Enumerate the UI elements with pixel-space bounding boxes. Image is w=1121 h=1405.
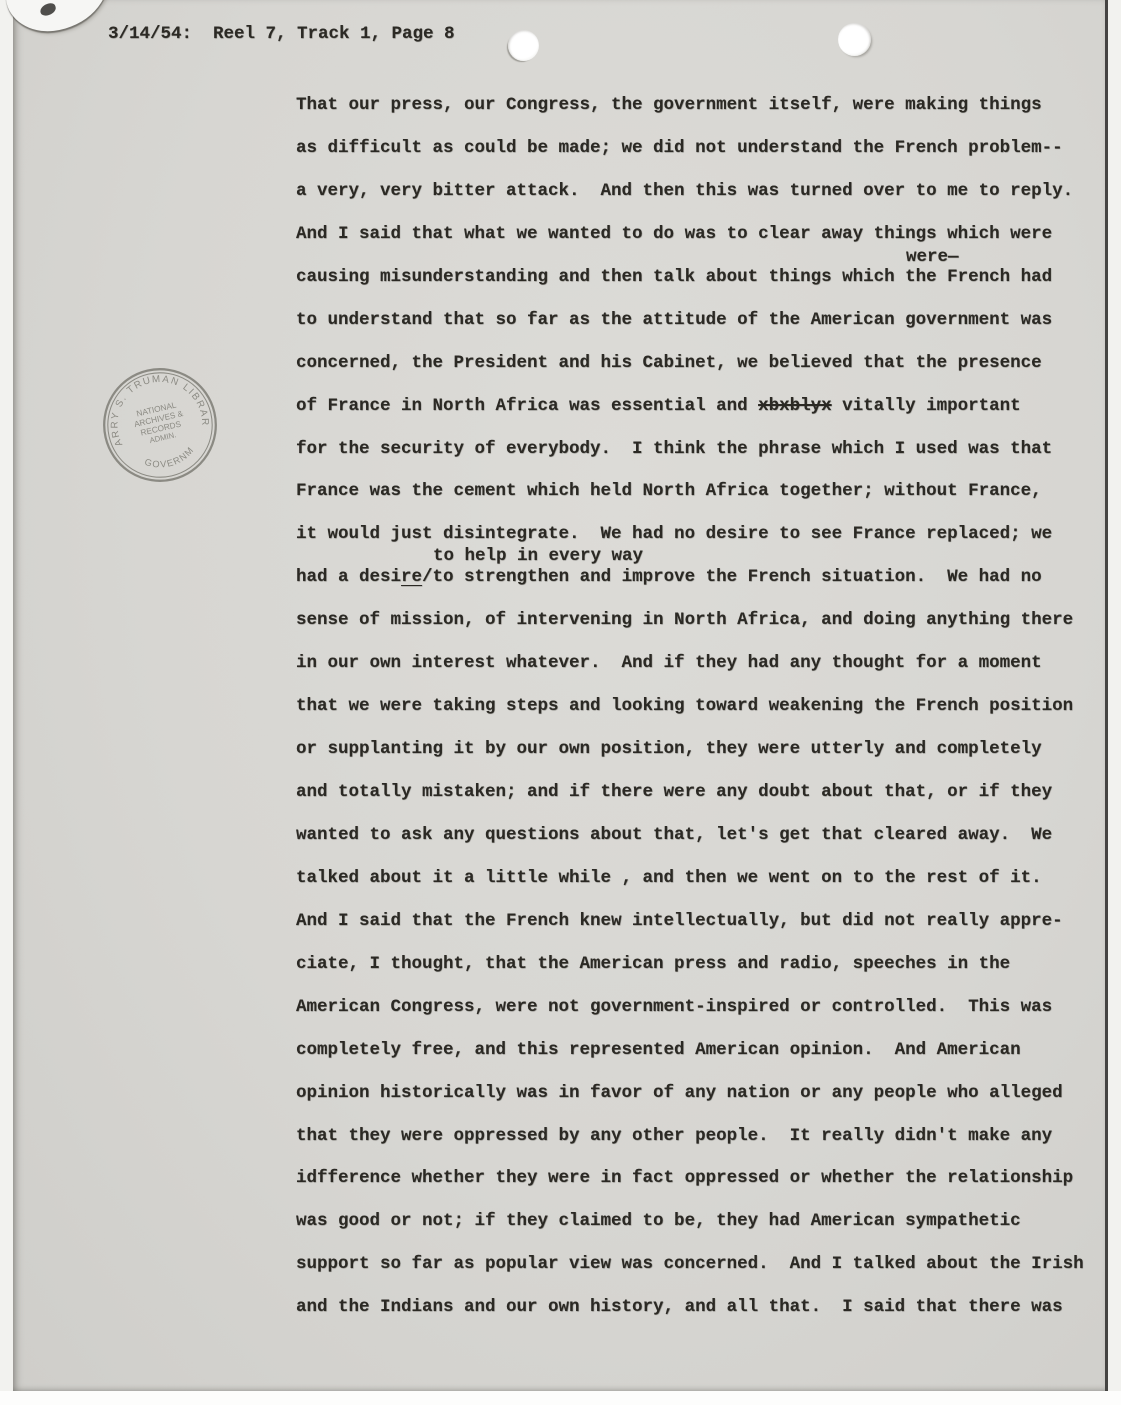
- typed-line: concerned, the President and his Cabinet…: [296, 353, 1106, 396]
- typed-line: wanted to ask any questions about that, …: [296, 825, 1106, 868]
- typed-line: that they were oppressed by any other pe…: [296, 1126, 1106, 1169]
- typed-line: in our own interest whatever. And if the…: [296, 653, 1106, 696]
- typed-line: and totally mistaken; and if there were …: [296, 782, 1106, 825]
- typed-line: talked about it a little while , and the…: [296, 868, 1106, 911]
- typed-line: a very, very bitter attack. And then thi…: [296, 181, 1106, 224]
- typed-line: or supplanting it by our own position, t…: [296, 739, 1106, 782]
- torn-corner-artifact: [4, 0, 114, 36]
- typed-line: causing misunderstanding and then talk a…: [296, 267, 1106, 310]
- punch-hole-right: [838, 23, 871, 56]
- typed-line: opinion historically was in favor of any…: [296, 1083, 1106, 1126]
- typed-line: sense of mission, of intervening in Nort…: [296, 610, 1106, 653]
- typed-line: of France in North Africa was essential …: [296, 396, 1106, 439]
- page-header: 3/14/54: Reel 7, Track 1, Page 8: [108, 24, 455, 44]
- typed-line: ciate, I thought, that the American pres…: [296, 954, 1106, 997]
- document-page: 3/14/54: Reel 7, Track 1, Page 8 HARRY S…: [13, 0, 1108, 1391]
- typed-line: And I said that the French knew intellec…: [296, 911, 1106, 954]
- truman-library-stamp: HARRY S. TRUMAN LIBRARY U.S. GOVERNMENT …: [98, 363, 222, 487]
- typed-lines: That our press, our Congress, the govern…: [296, 95, 1106, 1340]
- interline-insert-were: were—: [906, 247, 959, 267]
- interline-insert-help: to help in every way: [433, 546, 643, 566]
- typed-line: for the security of everybody. I think t…: [296, 439, 1106, 482]
- typed-line: completely free, and this represented Am…: [296, 1040, 1106, 1083]
- typed-line: to understand that so far as the attitud…: [296, 310, 1106, 353]
- typed-line: And I said that what we wanted to do was…: [296, 224, 1106, 267]
- typed-line: That our press, our Congress, the govern…: [296, 95, 1106, 138]
- typed-line: had a desire/to strengthen and improve t…: [296, 567, 1106, 610]
- typed-line: that we were taking steps and looking to…: [296, 696, 1106, 739]
- typed-line: American Congress, were not government-i…: [296, 997, 1106, 1040]
- typed-line: as difficult as could be made; we did no…: [296, 138, 1106, 181]
- typed-line: support so far as popular view was conce…: [296, 1254, 1106, 1297]
- typed-line: was good or not; if they claimed to be, …: [296, 1211, 1106, 1254]
- scanner-background: [0, 1391, 1121, 1405]
- typed-line: France was the cement which held North A…: [296, 481, 1106, 524]
- typed-line: idfference whether they were in fact opp…: [296, 1168, 1106, 1211]
- punch-hole-left: [508, 30, 539, 61]
- typed-line: it would just disintegrate. We had no de…: [296, 524, 1106, 567]
- typed-line: and the Indians and our own history, and…: [296, 1297, 1106, 1340]
